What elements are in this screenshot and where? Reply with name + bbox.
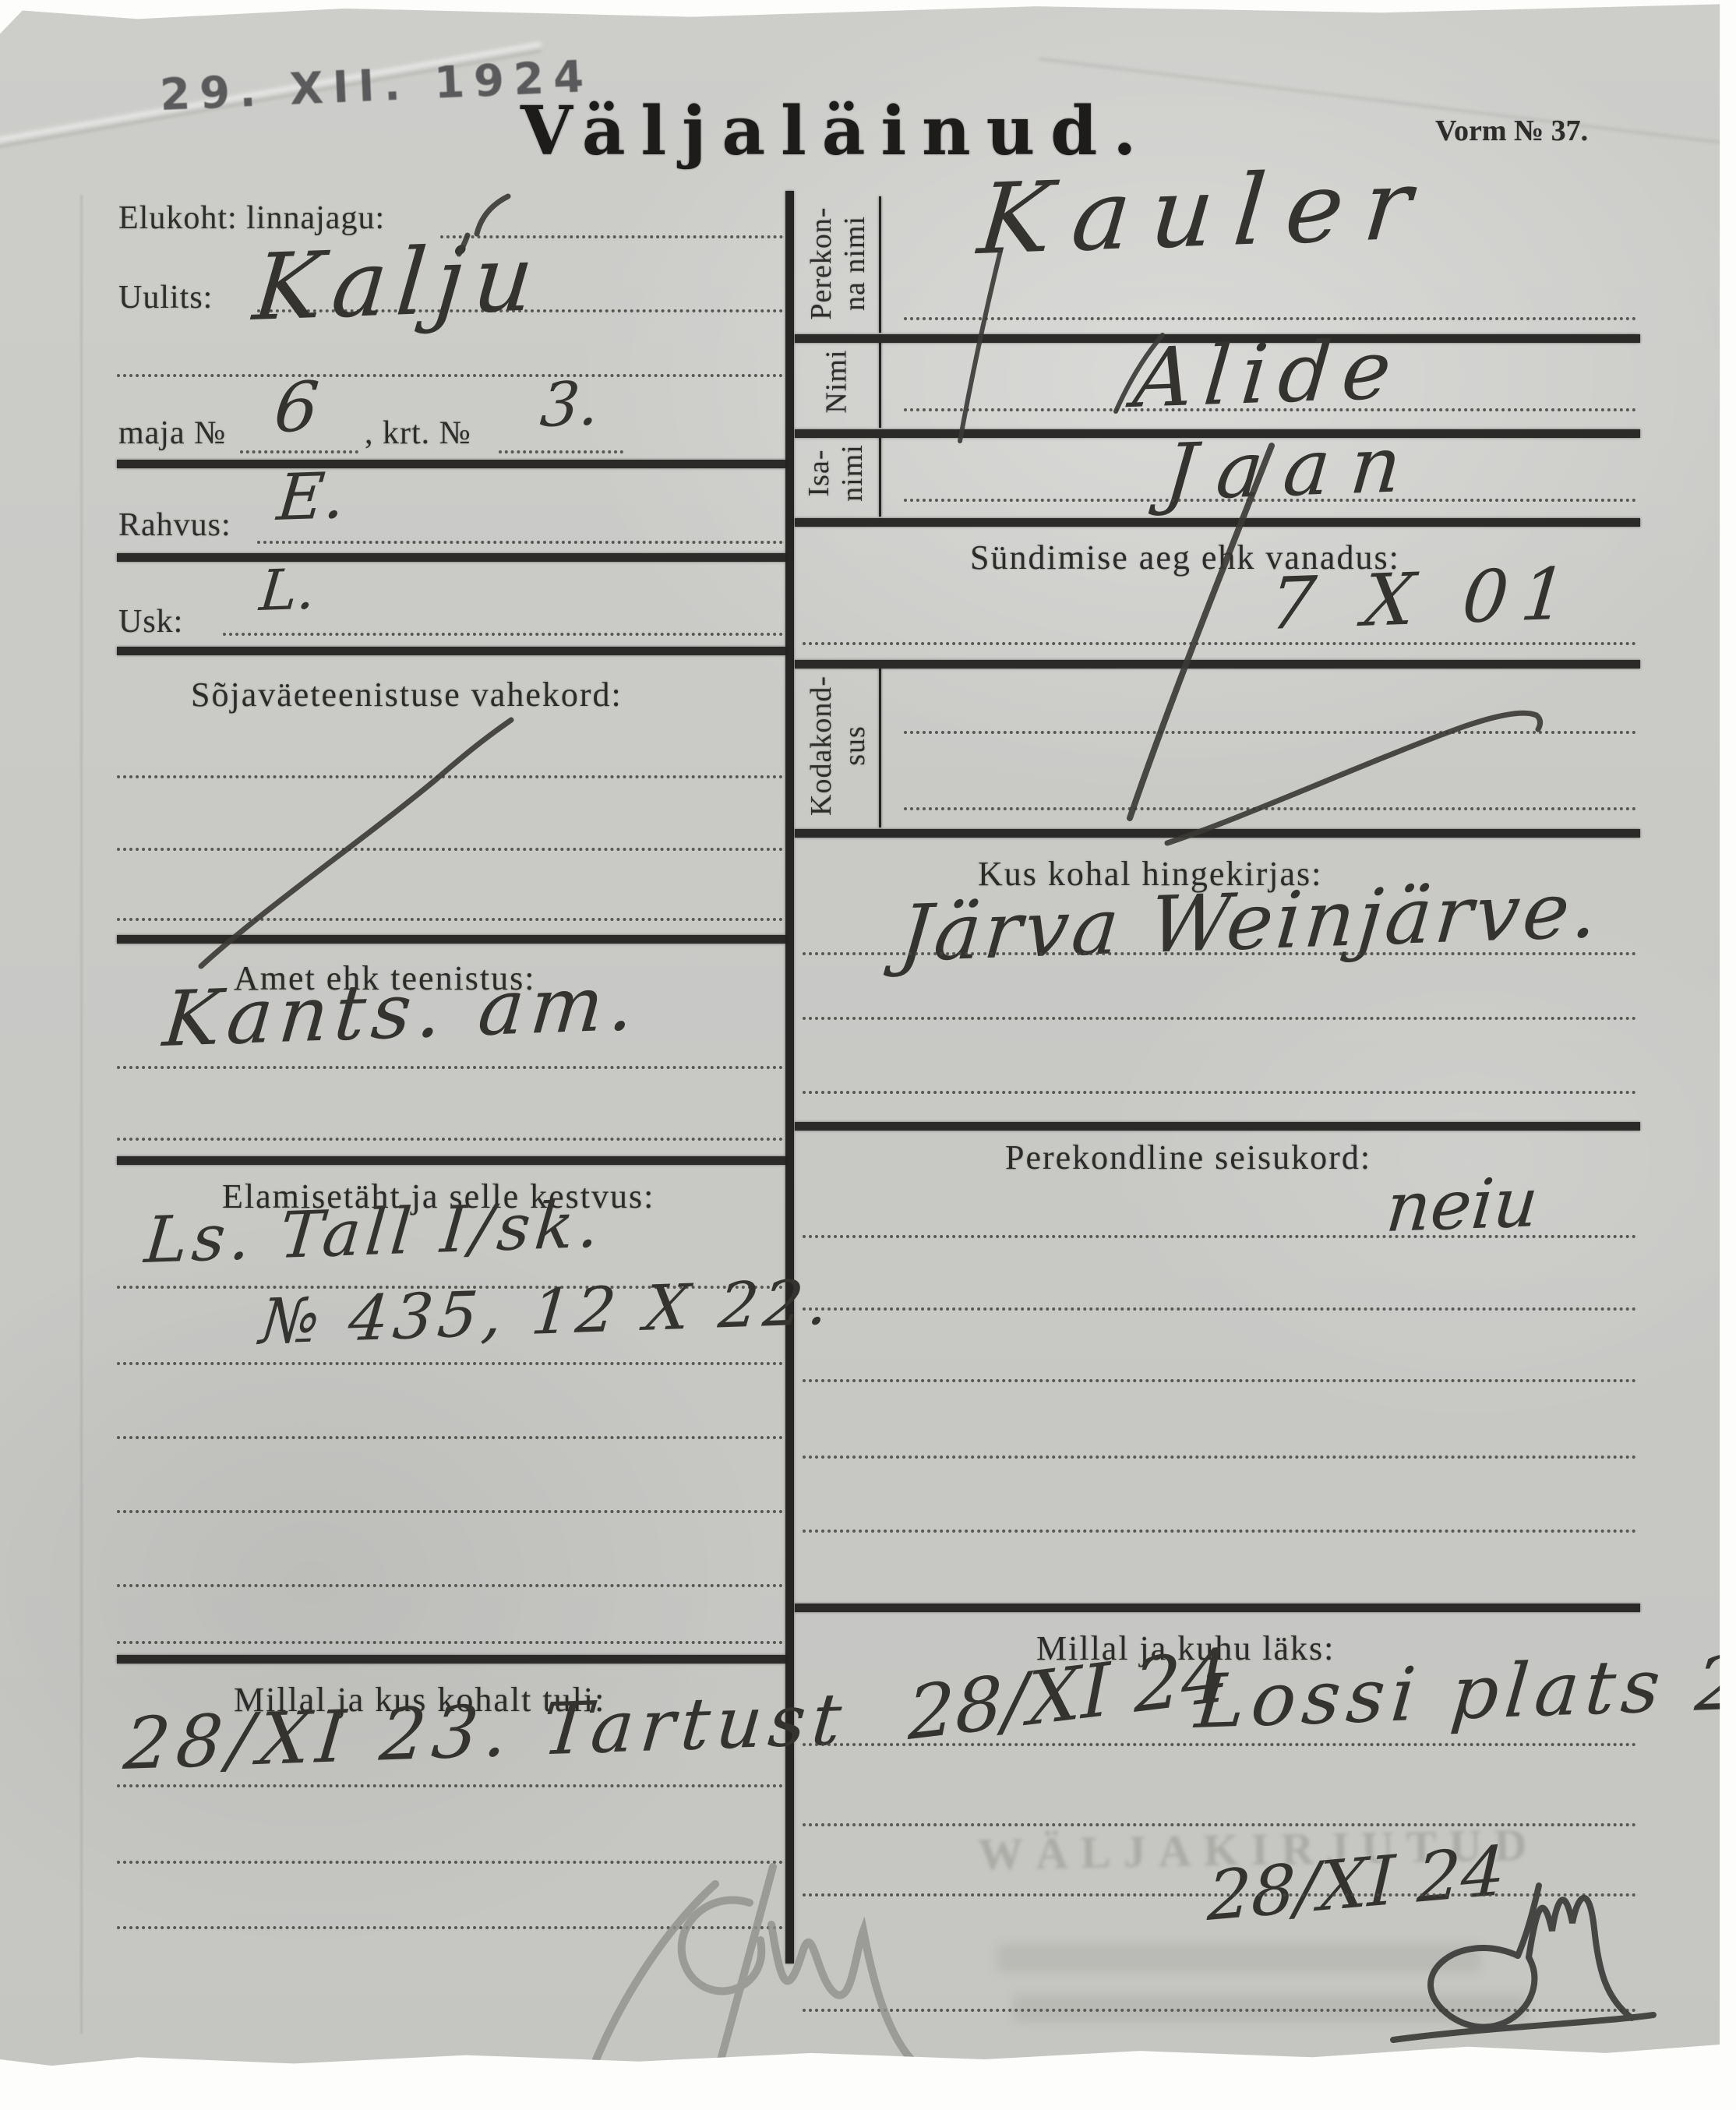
isanimi-handwritten-value: Jaan [1161,418,1425,518]
rahvus-label: Rahvus: [118,506,231,544]
divider-after-maja [117,460,785,468]
divider-after-sojavae [117,935,785,944]
elamistaht-dotted-line-6 [117,1641,783,1644]
divider-after-hingekirjas [795,1122,1640,1131]
krt-dotted-line [499,450,623,453]
seisukord-dotted-line-5 [803,1530,1636,1533]
seisukord-section-heading: Perekondline seisukord: [1005,1138,1371,1177]
krt-label: , krt. № [365,415,471,452]
usk-dotted-line [223,633,783,636]
perekonnanimi-label-line1: Perekon- [805,206,838,319]
sojavae-dotted-line-2 [117,848,783,851]
divider-after-rahvus [117,553,785,562]
perekonnanimi-rotated-label: Perekon- na nimi [805,185,875,341]
isanimi-rotated-label: Isa- nimi [803,415,873,531]
elamistaht-dotted-line-2 [117,1362,783,1365]
seisukord-dotted-line-1 [803,1235,1636,1238]
maja-dotted-line [240,450,358,453]
amet-dotted-line-1 [117,1066,783,1069]
hingekirjas-dotted-line-2 [803,1017,1636,1020]
left-edge-crease [80,195,83,2034]
amet-dotted-line-2 [117,1138,783,1141]
usk-label: Usk: [118,603,183,640]
maja-label: maja № [118,415,226,452]
laks-date-handwritten: 28/XI 24 [908,1633,1229,1757]
sundimise-dotted-line [803,642,1636,645]
sojavae-dotted-line-3 [117,918,783,921]
seisukord-dotted-line-3 [803,1379,1636,1382]
laks-dotted-line-1 [803,1743,1636,1746]
kodakondsus-rotated-label: Kodakond- sus [805,664,875,827]
elamistaht-dotted-line-5 [117,1584,783,1587]
nimi-dotted-line [904,408,1636,411]
isanimi-label-line1: Isa- [803,450,835,497]
elamistaht-handwritten-line-1: Ls. Tall I/sk. [142,1188,607,1278]
isanimi-dotted-line [904,499,1636,502]
tuli-dotted-line-3 [117,1926,783,1929]
divider-after-amet [117,1156,785,1165]
nimi-label-line1: Nimi [820,349,853,413]
uulits-dotted-line-2 [117,374,783,377]
faint-stamp-smudge-2 [1013,1995,1527,2023]
isanimi-label-line2: nimi [836,444,869,502]
hingekirjas-dotted-line-3 [803,1091,1636,1094]
divider-after-isanimi [795,518,1640,527]
hingekirjas-dotted-line-1 [803,952,1636,955]
sojavae-dotted-line-1 [117,775,783,778]
scanned-registration-form: 29. XII. 1924 Väljaläinud. Vorm № 37. El… [0,0,1736,2110]
form-title: Väljaläinud. [520,92,1152,171]
elamistaht-handwritten-line-2: № 435, 12 X 22. [257,1266,835,1358]
uulits-label: Uulits: [118,279,213,316]
amet-handwritten-value: Kants. am. [160,959,644,1064]
divider-after-seisukord [795,1604,1640,1612]
perekonnanimi-handwritten-value: Kauler [974,148,1436,277]
divider-after-kodakondsus [795,829,1640,838]
kodakondsus-dotted-line-2 [904,807,1636,810]
divider-after-sundimise [795,660,1640,669]
label-strip-rule-4 [879,662,881,827]
perekonnanimi-dotted-line [904,317,1636,320]
tuli-dotted-line-2 [117,1861,783,1864]
label-strip-rule-1 [879,196,881,333]
sojavae-section-heading: Sõjaväeteenistuse vahekord: [191,675,623,715]
kodakondsus-label-line1: Kodakond- [805,676,838,816]
seisukord-dotted-line-4 [803,1455,1636,1459]
divider-after-elamistaht [117,1655,785,1664]
rahvus-dotted-line [257,541,783,544]
laks-dotted-line-3 [803,1893,1636,1897]
kodakondsus-dotted-line-1 [904,731,1636,734]
paper-sheet: 29. XII. 1924 Väljaläinud. Vorm № 37. El… [0,0,1727,2110]
usk-handwritten-value: L. [257,556,318,623]
tuli-handwritten-value: 28/XI 23. Tartust [121,1678,851,1786]
rahvus-handwritten-value: E. [274,459,348,535]
maja-handwritten-value: 6 [271,366,322,448]
elamistaht-dotted-line-3 [117,1436,783,1439]
military-section-dash-stroke [201,720,511,966]
pencil-signature [588,1867,1030,2101]
tuli-dotted-line-1 [117,1784,783,1787]
seisukord-dotted-line-2 [803,1307,1636,1311]
elamistaht-dotted-line-4 [117,1510,783,1513]
kauler-descender-stroke [960,251,1000,441]
kodakondsus-label-line2: sus [838,725,871,766]
label-strip-rule-2 [879,337,881,428]
faint-stamp-smudge-1 [997,1944,1480,1972]
form-number: Vorm № 37. [1435,114,1588,148]
krt-handwritten-value: 3. [538,369,602,441]
divider-after-usk [117,647,785,655]
label-strip-rule-3 [879,431,881,517]
uulits-handwritten-value: Kalju [249,224,547,341]
sundimise-handwritten-value: 7 X 01 [1266,552,1583,646]
perekonnanimi-label-line2: na nimi [838,216,871,311]
